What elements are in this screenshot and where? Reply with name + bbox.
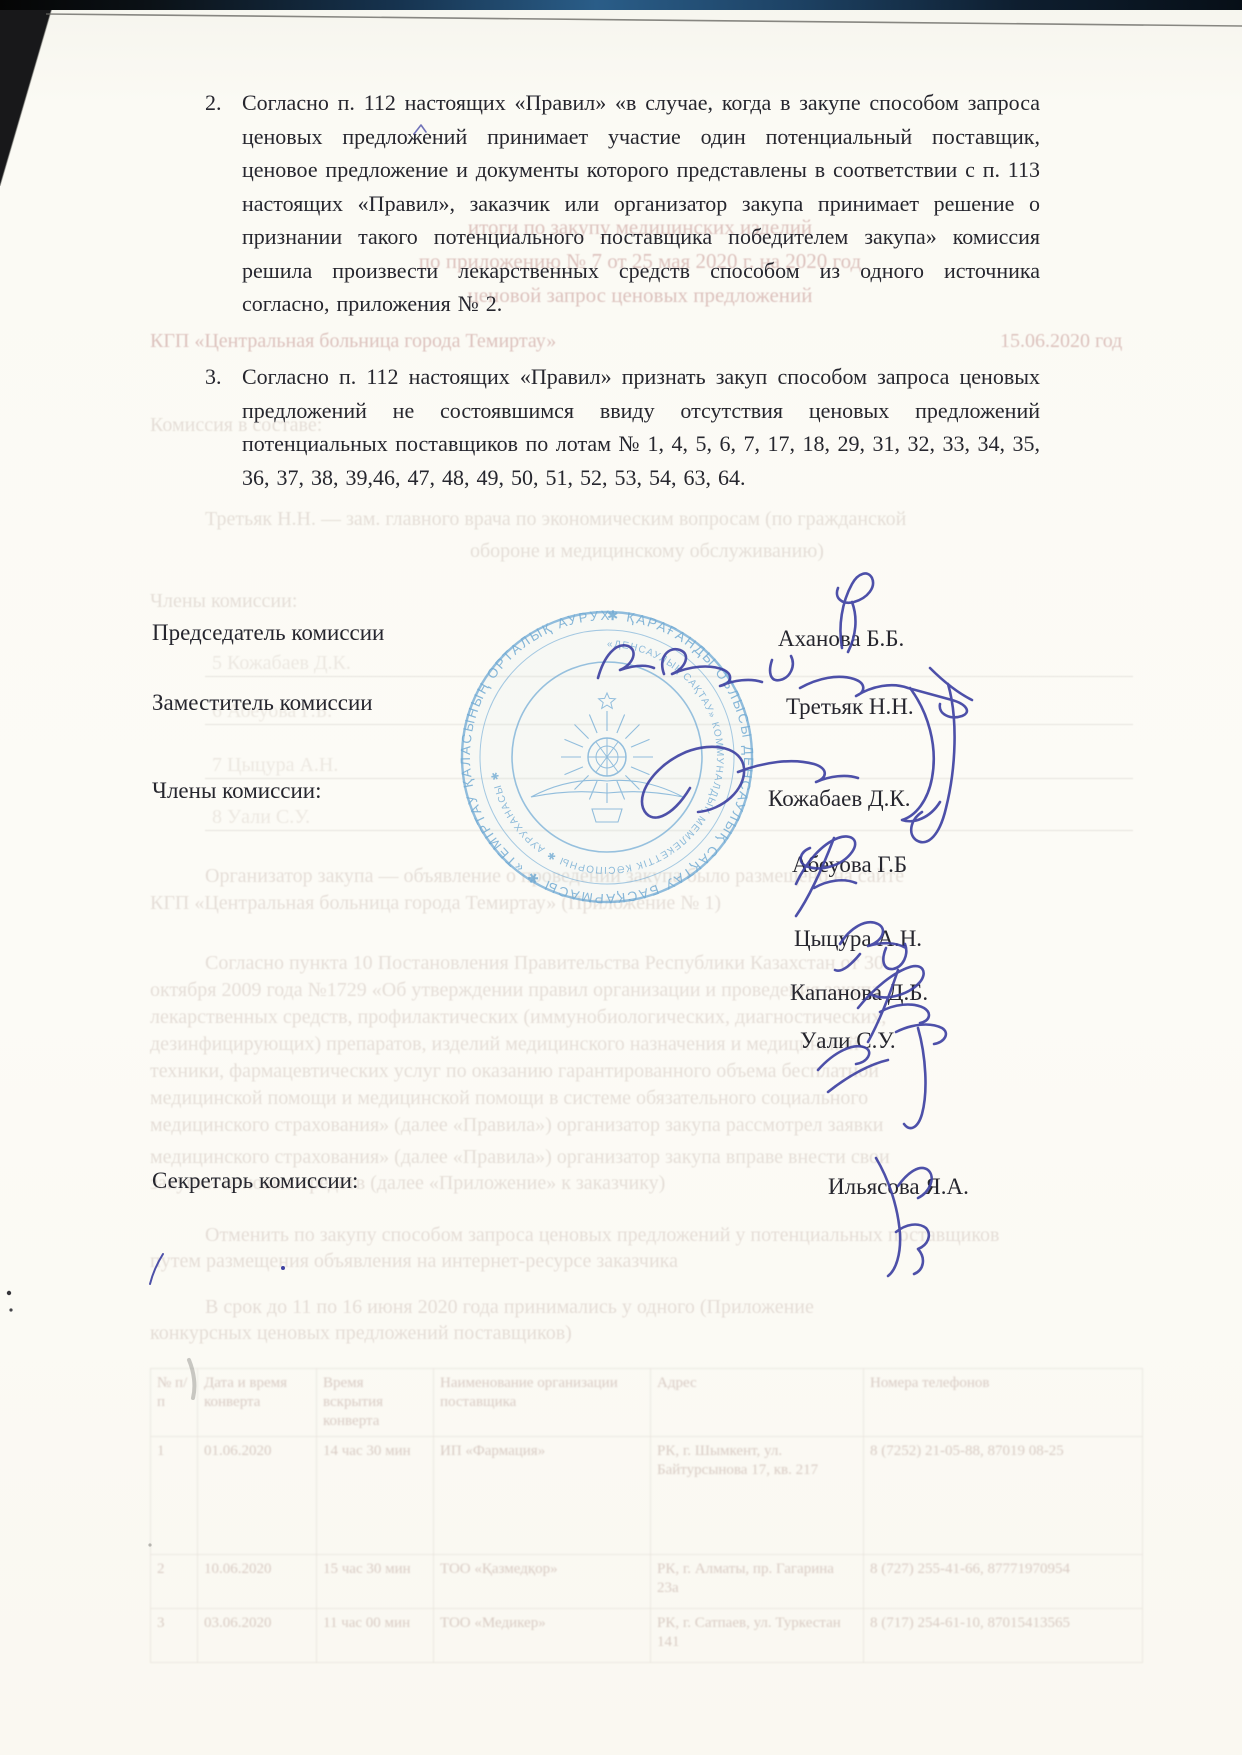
ghost-line: техники, фармацевтических услуг по оказа… (150, 1060, 879, 1083)
ghost-line: 15.06.2020 год (1000, 330, 1122, 353)
ghost-table-cell: 15 час 30 мин (317, 1555, 434, 1609)
ghost-line: 8 Уали С.У. (212, 806, 310, 829)
ghost-line: Отменить по закупу способом запроса цено… (205, 1224, 1000, 1247)
role-secretary: Секретарь комиссии: (152, 1168, 358, 1194)
ghost-table-header-cell: № п/п (151, 1369, 198, 1437)
name-ilyasova: Ильясова Я.А. (828, 1174, 969, 1200)
ghost-table-cell: 2 (151, 1555, 198, 1609)
ghost-line: медицинской помощи и медицинской помощи … (150, 1087, 868, 1110)
ghost-table-header-cell: Номера телефонов (864, 1369, 1143, 1437)
role-members: Члены комиссии: (152, 778, 322, 804)
edge-speck (7, 1291, 11, 1295)
scanner-edge-strip (0, 0, 1242, 10)
ghost-line: Согласно пункта 10 Постановления Правите… (205, 952, 884, 975)
ghost-table-cell: 1 (151, 1437, 198, 1555)
official-round-stamp: ✱ ҚАРАҒАНДЫ ОБЛЫСЫ ДЕНСАУЛЫҚ САҚТАУ БАСҚ… (457, 607, 757, 907)
ghost-table-cell: 3 (151, 1609, 198, 1663)
ghost-table-header-cell: Адрес (651, 1369, 864, 1437)
name-kozhabaev: Кожабаев Д.К. (768, 786, 910, 812)
ghost-table-row: 1 01.06.2020 14 час 30 мин ИП «Фармация»… (151, 1437, 1143, 1555)
role-chairman: Председатель комиссии (152, 620, 384, 646)
ghost-table-cell: 03.06.2020 (198, 1609, 317, 1663)
ghost-line: КГП «Центральная больница города Темирта… (150, 330, 556, 353)
paragraph-2-number: 2. (205, 86, 242, 321)
ghost-line: медицинского страхования» (далее «Правил… (150, 1146, 890, 1169)
ghost-table-cell: 8 (717) 254-61-10, 87015413565 (864, 1609, 1143, 1663)
ghost-line: конкурсных ценовых предложений поставщик… (150, 1322, 572, 1345)
ghost-table-cell: ТОО «Қазмедқор» (434, 1555, 651, 1609)
name-abeuova: Абеуова Г.Б (792, 852, 907, 878)
name-kapanova: Капанова Д.Б. (790, 980, 928, 1006)
ghost-table-header-row: № п/п Дата и время конверта Время вскрыт… (151, 1369, 1143, 1437)
name-tsytsura: Цыцура А.Н. (794, 926, 922, 952)
ghost-table-header-cell: Дата и время конверта (198, 1369, 317, 1437)
paragraph-2-text: Согласно п. 112 настоящих «Правил» «в сл… (242, 86, 1040, 321)
paragraph-3-number: 3. (205, 360, 242, 494)
ghost-table-cell: ИП «Фармация» (434, 1437, 651, 1555)
ghost-table-cell: РК, г. Шымкент, ул. Байтурсынова 17, кв.… (651, 1437, 864, 1555)
ghost-table-cell: РК, г. Алматы, пр. Гагарина 23а (651, 1555, 864, 1609)
ghost-table-row: 3 03.06.2020 11 час 00 мин ТОО «Медикер»… (151, 1609, 1143, 1663)
ghost-line: Члены комиссии: (150, 590, 297, 613)
ghost-line: 7 Цыцура А.Н. (212, 754, 338, 777)
ghost-line: октября 2009 года №1729 «Об утверждении … (150, 979, 880, 1002)
ghost-table: № п/п Дата и время конверта Время вскрыт… (150, 1368, 1143, 1663)
ghost-table-cell: ТОО «Медикер» (434, 1609, 651, 1663)
ghost-table-header-cell: Наименование организации поставщика (434, 1369, 651, 1437)
ghost-line: лекарственных средств, профилактических … (150, 1006, 886, 1029)
ghost-line: 5 Кожабаев Д.К. (212, 652, 351, 675)
ghost-line: путем размещения объявления на интернет-… (150, 1250, 678, 1273)
ghost-table-cell: 8 (727) 255-41-66, 87771970954 (864, 1555, 1143, 1609)
page-corner-edge (0, 8, 52, 186)
ghost-table-cell: 01.06.2020 (198, 1437, 317, 1555)
ghost-line: дезинфицирующих) препаратов, изделий мед… (150, 1033, 859, 1056)
ghost-table-cell: 8 (7252) 21-05-88, 87019 08-25 (864, 1437, 1143, 1555)
paragraph-3-text: Согласно п. 112 настоящих «Правил» призн… (242, 360, 1040, 494)
folded-corner-shadow (0, 8, 52, 186)
ghost-line: Третьяк Н.Н. — зам. главного врача по эк… (205, 508, 906, 531)
edge-speck (9, 1308, 12, 1311)
ghost-table-header-cell: Время вскрытия конверта (317, 1369, 434, 1437)
ghost-table-cell: РК, г. Сатпаев, ул. Туркестан 141 (651, 1609, 864, 1663)
page-top-edge (46, 14, 1242, 26)
scanned-document-page: итоги по закупу медицинских изделий по п… (0, 0, 1242, 1755)
name-uali: Уали С.У. (800, 1028, 896, 1054)
paragraph-3: 3. Согласно п. 112 настоящих «Правил» пр… (205, 360, 1040, 494)
name-akhanova: Аханова Б.Б. (778, 626, 904, 652)
ghost-line: В срок до 11 по 16 июня 2020 года приним… (205, 1296, 814, 1319)
paragraph-2: 2. Согласно п. 112 настоящих «Правил» «в… (205, 86, 1040, 321)
ghost-table-cell: 14 час 30 мин (317, 1437, 434, 1555)
ghost-table-cell: 11 час 00 мин (317, 1609, 434, 1663)
role-deputy: Заместитель комиссии (152, 690, 373, 716)
ghost-line: медицинского страхования» (далее «Правил… (150, 1114, 884, 1137)
ghost-table-row: 2 10.06.2020 15 час 30 мин ТОО «Қазмедқо… (151, 1555, 1143, 1609)
ghost-table-cell: 10.06.2020 (198, 1555, 317, 1609)
ghost-line: обороне и медицинскому обслуживанию) (470, 540, 824, 563)
name-tretyak: Третьяк Н.Н. (786, 694, 914, 720)
